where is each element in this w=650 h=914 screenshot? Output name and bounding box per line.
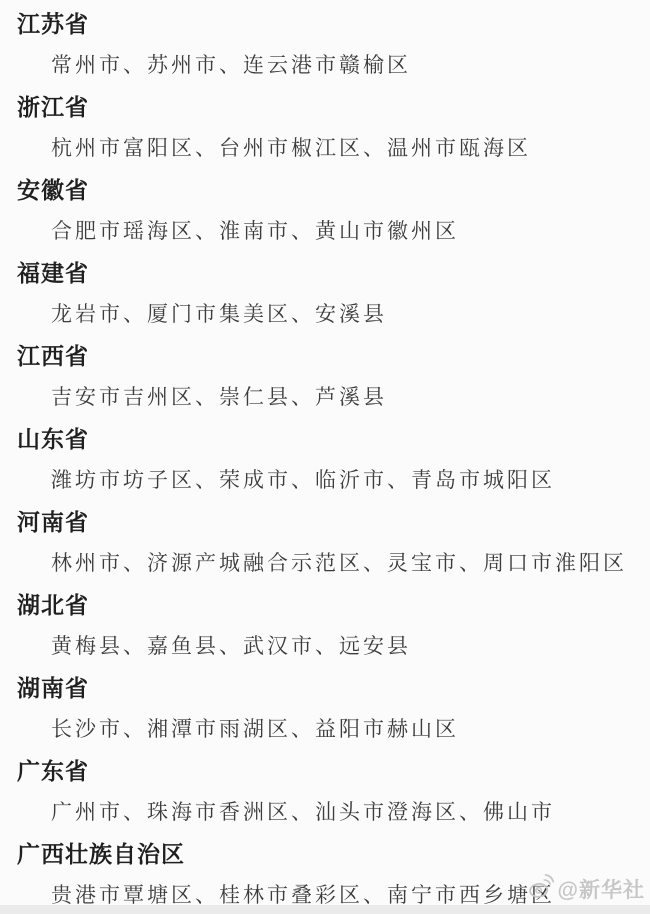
province-block: 湖北省黄梅县、嘉鱼县、武汉市、远安县 xyxy=(0,583,650,666)
province-regions: 龙岩市、厦门市集美区、安溪县 xyxy=(0,292,650,334)
province-regions: 吉安市吉州区、崇仁县、芦溪县 xyxy=(0,375,650,417)
province-block: 山东省潍坊市坊子区、荣成市、临沂市、青岛市城阳区 xyxy=(0,417,650,500)
province-list: 江苏省常州市、苏州市、连云港市赣榆区浙江省杭州市富阳区、台州市椒江区、温州市瓯海… xyxy=(0,0,650,914)
province-name: 江西省 xyxy=(0,334,650,375)
watermark: @新华社 xyxy=(527,873,645,905)
province-regions: 长沙市、湘潭市雨湖区、益阳市赫山区 xyxy=(0,707,650,749)
bottom-strip xyxy=(0,905,650,914)
province-regions: 林州市、济源产城融合示范区、灵宝市、周口市淮阳区 xyxy=(0,541,650,583)
province-name: 山东省 xyxy=(0,417,650,458)
province-block: 河南省林州市、济源产城融合示范区、灵宝市、周口市淮阳区 xyxy=(0,500,650,583)
watermark-text: @新华社 xyxy=(558,874,645,904)
province-block: 湖南省长沙市、湘潭市雨湖区、益阳市赫山区 xyxy=(0,666,650,749)
province-block: 福建省龙岩市、厦门市集美区、安溪县 xyxy=(0,251,650,334)
province-name: 湖北省 xyxy=(0,583,650,624)
province-block: 广东省广州市、珠海市香洲区、汕头市澄海区、佛山市 xyxy=(0,749,650,832)
province-block: 江苏省常州市、苏州市、连云港市赣榆区 xyxy=(0,2,650,85)
province-block: 安徽省合肥市瑶海区、淮南市、黄山市徽州区 xyxy=(0,168,650,251)
province-regions: 广州市、珠海市香洲区、汕头市澄海区、佛山市 xyxy=(0,790,650,832)
province-name: 江苏省 xyxy=(0,2,650,43)
province-regions: 合肥市瑶海区、淮南市、黄山市徽州区 xyxy=(0,209,650,251)
province-regions: 潍坊市坊子区、荣成市、临沂市、青岛市城阳区 xyxy=(0,458,650,500)
province-name: 浙江省 xyxy=(0,85,650,126)
province-name: 福建省 xyxy=(0,251,650,292)
province-regions: 杭州市富阳区、台州市椒江区、温州市瓯海区 xyxy=(0,126,650,168)
province-block: 浙江省杭州市富阳区、台州市椒江区、温州市瓯海区 xyxy=(0,85,650,168)
province-name: 湖南省 xyxy=(0,666,650,707)
weibo-icon xyxy=(524,871,556,907)
province-regions: 常州市、苏州市、连云港市赣榆区 xyxy=(0,43,650,85)
province-block: 江西省吉安市吉州区、崇仁县、芦溪县 xyxy=(0,334,650,417)
document-page: 江苏省常州市、苏州市、连云港市赣榆区浙江省杭州市富阳区、台州市椒江区、温州市瓯海… xyxy=(0,0,650,914)
province-name: 广西壮族自治区 xyxy=(0,832,650,873)
province-name: 河南省 xyxy=(0,500,650,541)
province-name: 广东省 xyxy=(0,749,650,790)
province-regions: 黄梅县、嘉鱼县、武汉市、远安县 xyxy=(0,624,650,666)
province-name: 安徽省 xyxy=(0,168,650,209)
